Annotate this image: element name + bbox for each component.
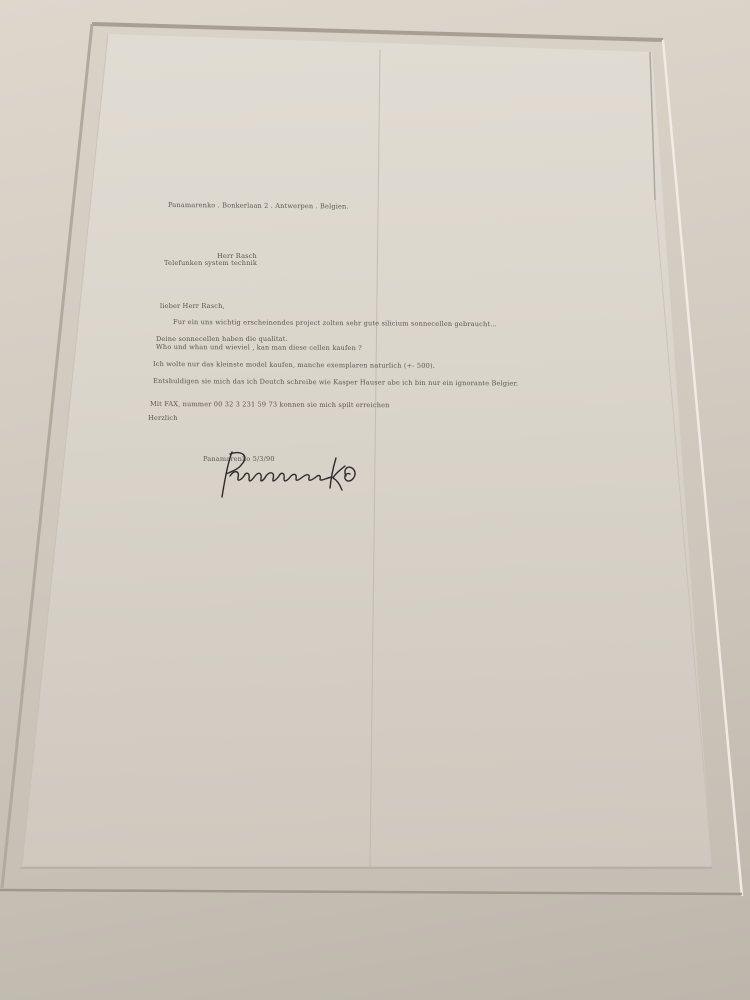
signature-typed: Panamarenko 5/3/90: [203, 455, 275, 463]
recipient-company: Telefunken system technik: [164, 259, 257, 267]
closing: Herzlich: [148, 414, 178, 422]
body-line-2: Deine sonnecellen haben die qualitat.: [156, 335, 288, 343]
body-line-3: Who und whan und wieviel , kan man diese…: [156, 343, 362, 352]
sender-address: Panamarenko . Bonkerlaan 2 . Antwerpen .…: [168, 201, 349, 211]
salutation: lieber Herr Rasch,: [160, 302, 225, 310]
letter-text: Panamarenko . Bonkerlaan 2 . Antwerpen .…: [0, 0, 750, 1000]
body-line-1: Fur ein uns wichtig erscheinendes projec…: [173, 318, 497, 328]
body-line-6: Mit FAX, nummer 00 32 3 231 59 73 konnen…: [150, 400, 390, 409]
body-line-4: Ich wolte nur das kleinste model kaufen,…: [153, 360, 435, 370]
body-line-5: Entshuldigen sie mich das ich Deutch sch…: [153, 377, 518, 388]
